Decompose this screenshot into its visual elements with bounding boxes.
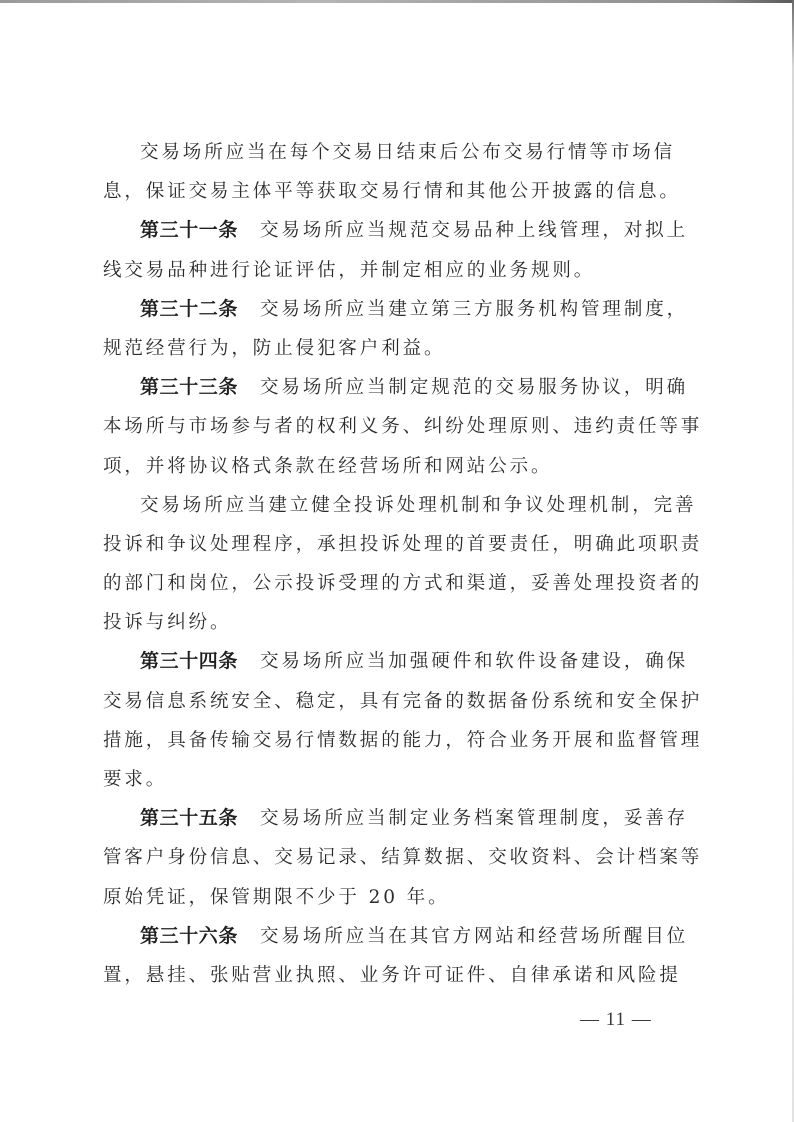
- text-line: 息，保证交易主体平等获取交易行情和其他公开披露的信息。: [103, 172, 693, 211]
- text-line: 第三十三条交易场所应当制定规范的交易服务协议，明确: [103, 368, 693, 407]
- line-text: 投诉与纠纷。: [103, 612, 231, 633]
- text-line: 第三十四条交易场所应当加强硬件和软件设备建设，确保: [103, 642, 693, 681]
- text-line: 本场所与市场参与者的权利义务、纠纷处理原则、违约责任等事: [103, 407, 693, 446]
- document-body: 交易场所应当在每个交易日结束后公布交易行情等市场信 息，保证交易主体平等获取交易…: [103, 133, 693, 995]
- text-line: 规范经营行为，防止侵犯客户利益。: [103, 329, 693, 368]
- text-line: 第三十一条交易场所应当规范交易品种上线管理，对拟上: [103, 211, 693, 250]
- article-number: 第三十二条: [140, 298, 238, 320]
- text-line: 投诉和争议处理程序，承担投诉处理的首要责任，明确此项职责: [103, 525, 693, 564]
- line-text: 管客户身份信息、交易记录、结算数据、交收资料、会计档案等: [103, 847, 702, 868]
- article-number: 第三十五条: [140, 807, 238, 829]
- scan-top-edge: [0, 0, 794, 3]
- text-line: 置，悬挂、张贴营业执照、业务许可证件、自律承诺和风险提: [103, 956, 693, 995]
- text-line: 管客户身份信息、交易记录、结算数据、交收资料、会计档案等: [103, 838, 693, 877]
- line-text: 的部门和岗位，公示投诉受理的方式和渠道，妥善处理投资者的: [103, 573, 702, 594]
- text-line: 要求。: [103, 760, 693, 799]
- text-line: 交易信息系统安全、稳定，具有完备的数据备份系统和安全保护: [103, 682, 693, 721]
- line-text: 交易场所应当加强硬件和软件设备建设，确保: [260, 651, 688, 672]
- article-number: 第三十四条: [140, 650, 238, 672]
- text-line: 第三十六条交易场所应当在其官方网站和经营场所醒目位: [103, 917, 693, 956]
- line-text: 交易场所应当制定规范的交易服务协议，明确: [260, 377, 688, 398]
- text-line: 原始凭证，保管期限不少于 20 年。: [103, 878, 693, 917]
- line-text: 置，悬挂、张贴营业执照、业务许可证件、自律承诺和风险提: [103, 965, 681, 986]
- text-line: 交易场所应当建立健全投诉处理机制和争议处理机制，完善: [103, 486, 693, 525]
- line-text: 息，保证交易主体平等获取交易行情和其他公开披露的信息。: [103, 181, 681, 202]
- line-text: 投诉和争议处理程序，承担投诉处理的首要责任，明确此项职责: [103, 534, 702, 555]
- line-text: 要求。: [103, 769, 167, 790]
- article-number: 第三十一条: [140, 219, 238, 241]
- line-text: 本场所与市场参与者的权利义务、纠纷处理原则、违约责任等事: [103, 416, 702, 437]
- page-number: — 11 —: [580, 1006, 670, 1034]
- article-number: 第三十六条: [140, 925, 238, 947]
- text-line: 交易场所应当在每个交易日结束后公布交易行情等市场信: [103, 133, 693, 172]
- line-text: 措施，具备传输交易行情数据的能力，符合业务开展和监督管理: [103, 730, 702, 751]
- line-text: 交易场所应当在每个交易日结束后公布交易行情等市场信: [140, 142, 675, 163]
- line-text: 交易场所应当制定业务档案管理制度，妥善存: [260, 808, 688, 829]
- text-line: 项，并将协议格式条款在经营场所和网站公示。: [103, 447, 693, 486]
- line-text: 交易场所应当建立第三方服务机构管理制度，: [260, 299, 688, 320]
- text-line: 线交易品种进行论证评估，并制定相应的业务规则。: [103, 251, 693, 290]
- line-text: 交易场所应当建立健全投诉处理机制和争议处理机制，完善: [140, 495, 696, 516]
- text-line: 投诉与纠纷。: [103, 603, 693, 642]
- article-number: 第三十三条: [140, 376, 238, 398]
- line-text: 交易信息系统安全、稳定，具有完备的数据备份系统和安全保护: [103, 691, 702, 712]
- line-text: 交易场所应当在其官方网站和经营场所醒目位: [260, 926, 688, 947]
- text-line: 第三十二条交易场所应当建立第三方服务机构管理制度，: [103, 290, 693, 329]
- line-text: 项，并将协议格式条款在经营场所和网站公示。: [103, 456, 552, 477]
- line-text: 原始凭证，保管期限不少于 20 年。: [103, 887, 450, 908]
- text-line: 的部门和岗位，公示投诉受理的方式和渠道，妥善处理投资者的: [103, 564, 693, 603]
- text-line: 第三十五条交易场所应当制定业务档案管理制度，妥善存: [103, 799, 693, 838]
- text-line: 措施，具备传输交易行情数据的能力，符合业务开展和监督管理: [103, 721, 693, 760]
- line-text: 线交易品种进行论证评估，并制定相应的业务规则。: [103, 260, 595, 281]
- line-text: 规范经营行为，防止侵犯客户利益。: [103, 338, 445, 359]
- line-text: 交易场所应当规范交易品种上线管理，对拟上: [260, 220, 688, 241]
